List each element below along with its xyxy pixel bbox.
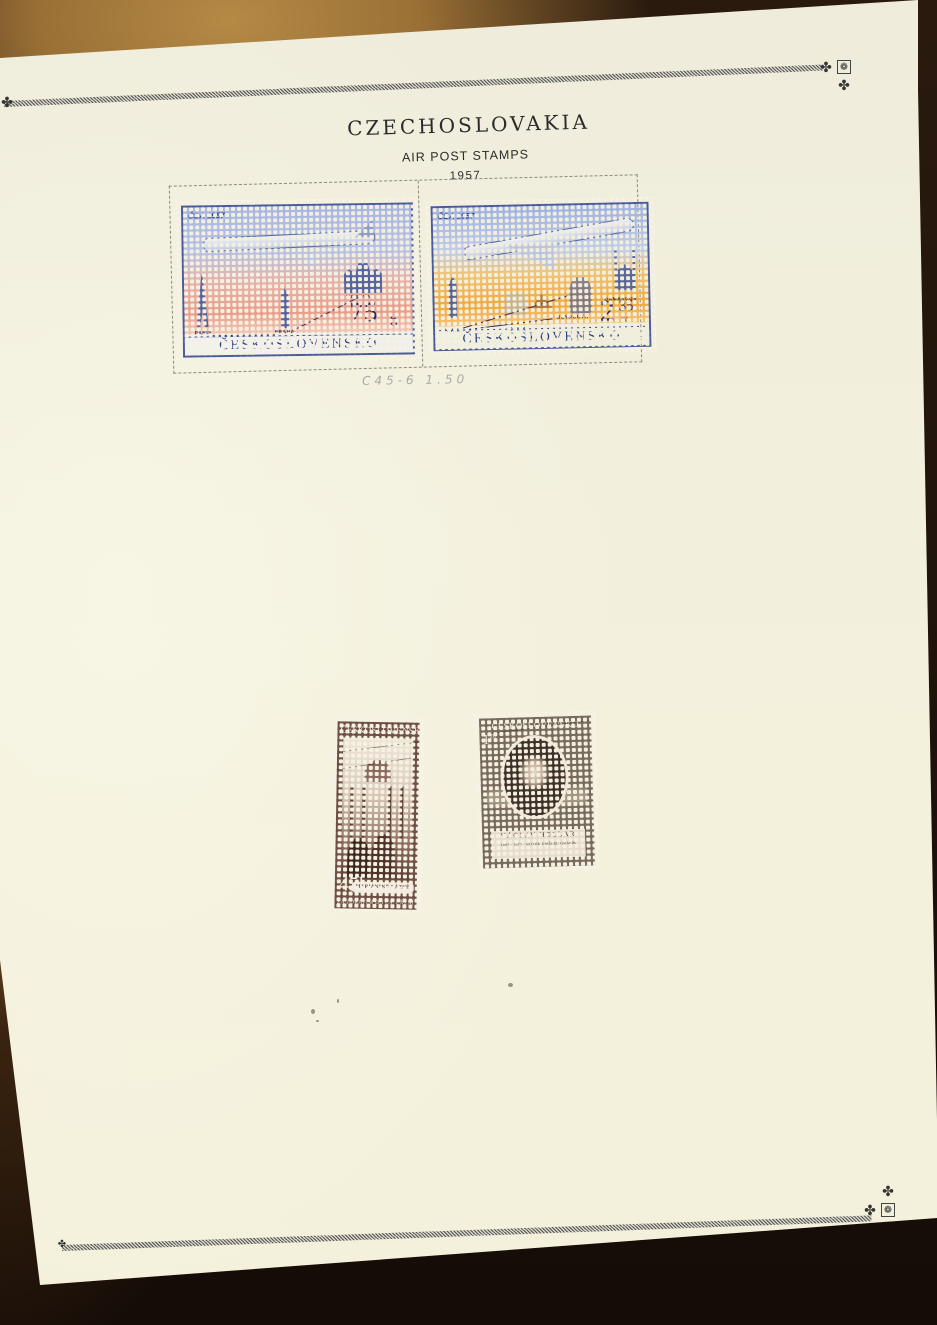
stamp-face: ČESKOSLOVENSKO 120 VÁCLAV HOLLAR 1607 · … [479, 715, 595, 868]
stamp-vaclav-hollar[interactable]: ČESKOSLOVENSKO 120 VÁCLAV HOLLAR 1607 · … [474, 710, 600, 873]
flourish-icon: ✤ [819, 61, 833, 75]
pencil-catalog-note: C45-6 1.50 [362, 372, 468, 388]
flourish-icon: ✤ [0, 96, 14, 110]
paper-speck [508, 983, 513, 987]
flourish-icon: ✤ [837, 79, 851, 93]
stamp-45h-marianske-lazne[interactable]: ČESKOSLOVENSKO 45h MARIÁNSKÉ LÁZNĚ ZA ZD… [329, 716, 424, 915]
stamp-face: ČESKOSLOVENSKO 45h MARIÁNSKÉ LÁZNĚ ZA ZD… [334, 721, 419, 909]
pillar [350, 786, 354, 838]
kremlin-icon [344, 261, 382, 294]
pillar [362, 786, 366, 838]
corner-ornament-icon: ❁ [837, 60, 851, 74]
prague-tower-icon [278, 288, 292, 328]
paper-speck [337, 999, 339, 1003]
city-label: BEYROUTH [557, 315, 589, 321]
figure-icon [347, 837, 370, 877]
eiffel-tower-icon [196, 275, 209, 327]
flourish-icon: ✤ [881, 1185, 895, 1199]
camel-icon [569, 277, 592, 313]
plane-tail [355, 219, 373, 237]
stamp-label: MARIÁNSKÉ LÁZNĚ [352, 882, 414, 894]
pillar [400, 786, 404, 838]
stamp-country: ČESKOSLOVENSKO [340, 724, 416, 736]
pillar [388, 786, 392, 838]
csa-mark: ČSA 1957 [438, 211, 475, 221]
mosque-icon [611, 250, 638, 291]
csa-mark: ČSA 1957 [188, 211, 225, 221]
figure-icon [371, 834, 396, 878]
stamp-value: 75 [349, 297, 377, 329]
plane-wing [504, 244, 564, 271]
stamp-face: ČSA 1957 PRAHA CAIRO BEYROUTH DAMASCUS 2… [431, 202, 652, 352]
prague-tower-icon [446, 276, 460, 318]
stamp-face: ČSA 1957 PARIS PRAHA MOSKVA 75 h ČESKOSL… [181, 202, 415, 357]
stamp-value-fraction: 35 [618, 298, 633, 315]
paper-speck [316, 1020, 319, 1022]
corner-ornament-icon: ❁ [881, 1203, 895, 1217]
stamp-country: ČESKOSLOVENSKO [482, 719, 588, 733]
stamp-country: ČESKOSLOVENSKO [435, 326, 649, 347]
stamp-air-75h[interactable]: ČSA 1957 PARIS PRAHA MOSKVA 75 h ČESKOSL… [176, 197, 420, 362]
name-plaque: VÁCLAV HOLLAR 1607 · 1677 · ROTHE UMĚLEC… [490, 828, 587, 861]
flourish-icon: ✤ [55, 1238, 69, 1252]
flourish-icon: ✤ [863, 1204, 877, 1218]
stamp-plaque-subtext: 1607 · 1677 · ROTHE UMĚLEC GRAFIK [491, 840, 585, 849]
stamp-caption: ZA ZDRAVÍM DO ČS. LÁZNÍ [334, 899, 416, 906]
stamp-air-2-35kcs[interactable]: ČSA 1957 PRAHA CAIRO BEYROUTH DAMASCUS 2… [425, 197, 656, 357]
stamp-country: ČESKOSLOVENSKO [185, 333, 413, 353]
stamp-value: 2 [599, 294, 615, 328]
stamp-unit: h [389, 311, 398, 331]
paper-speck [311, 1009, 315, 1014]
stamp-unit: Kčs [621, 317, 630, 323]
